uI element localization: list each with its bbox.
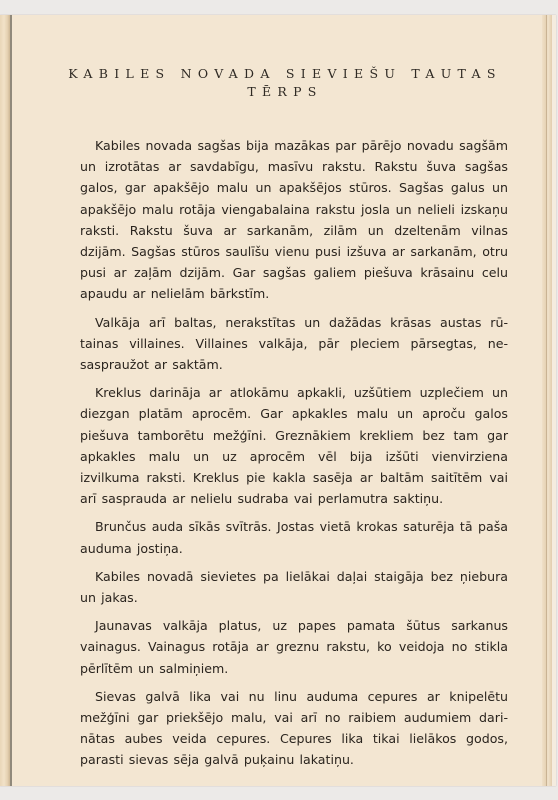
paragraph-cepures: Sievas galvā lika vai nu linu auduma cep…	[80, 686, 508, 771]
page-title: KABILES NOVADA SIEVIEŠU TAUTAS TĒRPS	[40, 65, 530, 101]
page-fold-line	[546, 15, 547, 786]
paragraph-krekli: Kreklus darināja ar atlokāmu apkakli, uz…	[80, 382, 508, 509]
binding-spine	[0, 15, 10, 786]
binding-shadow-line	[10, 15, 12, 786]
paragraph-villaines: Valkāja arī baltas, nerakstītas un dažād…	[80, 312, 508, 376]
paragraph-vainagi: Jaunavas valkāja platus, uz papes pamata…	[80, 615, 508, 679]
paragraph-sagsas: Kabiles novada sagšas bija mazākas par p…	[80, 135, 508, 305]
article-body: Kabiles novada sagšas bija mazākas par p…	[80, 135, 508, 778]
title-line-2: TĒRPS	[40, 83, 530, 101]
page-fold-edge	[542, 15, 552, 786]
page-outer-edge	[552, 15, 556, 786]
paragraph-niebura: Kabiles novadā sievietes pa lielākai daļ…	[80, 566, 508, 608]
title-line-1: KABILES NOVADA SIEVIEŠU TAUTAS	[40, 65, 530, 83]
paragraph-brunci: Brunčus auda sīkās svītrās. Jostas vietā…	[80, 516, 508, 558]
